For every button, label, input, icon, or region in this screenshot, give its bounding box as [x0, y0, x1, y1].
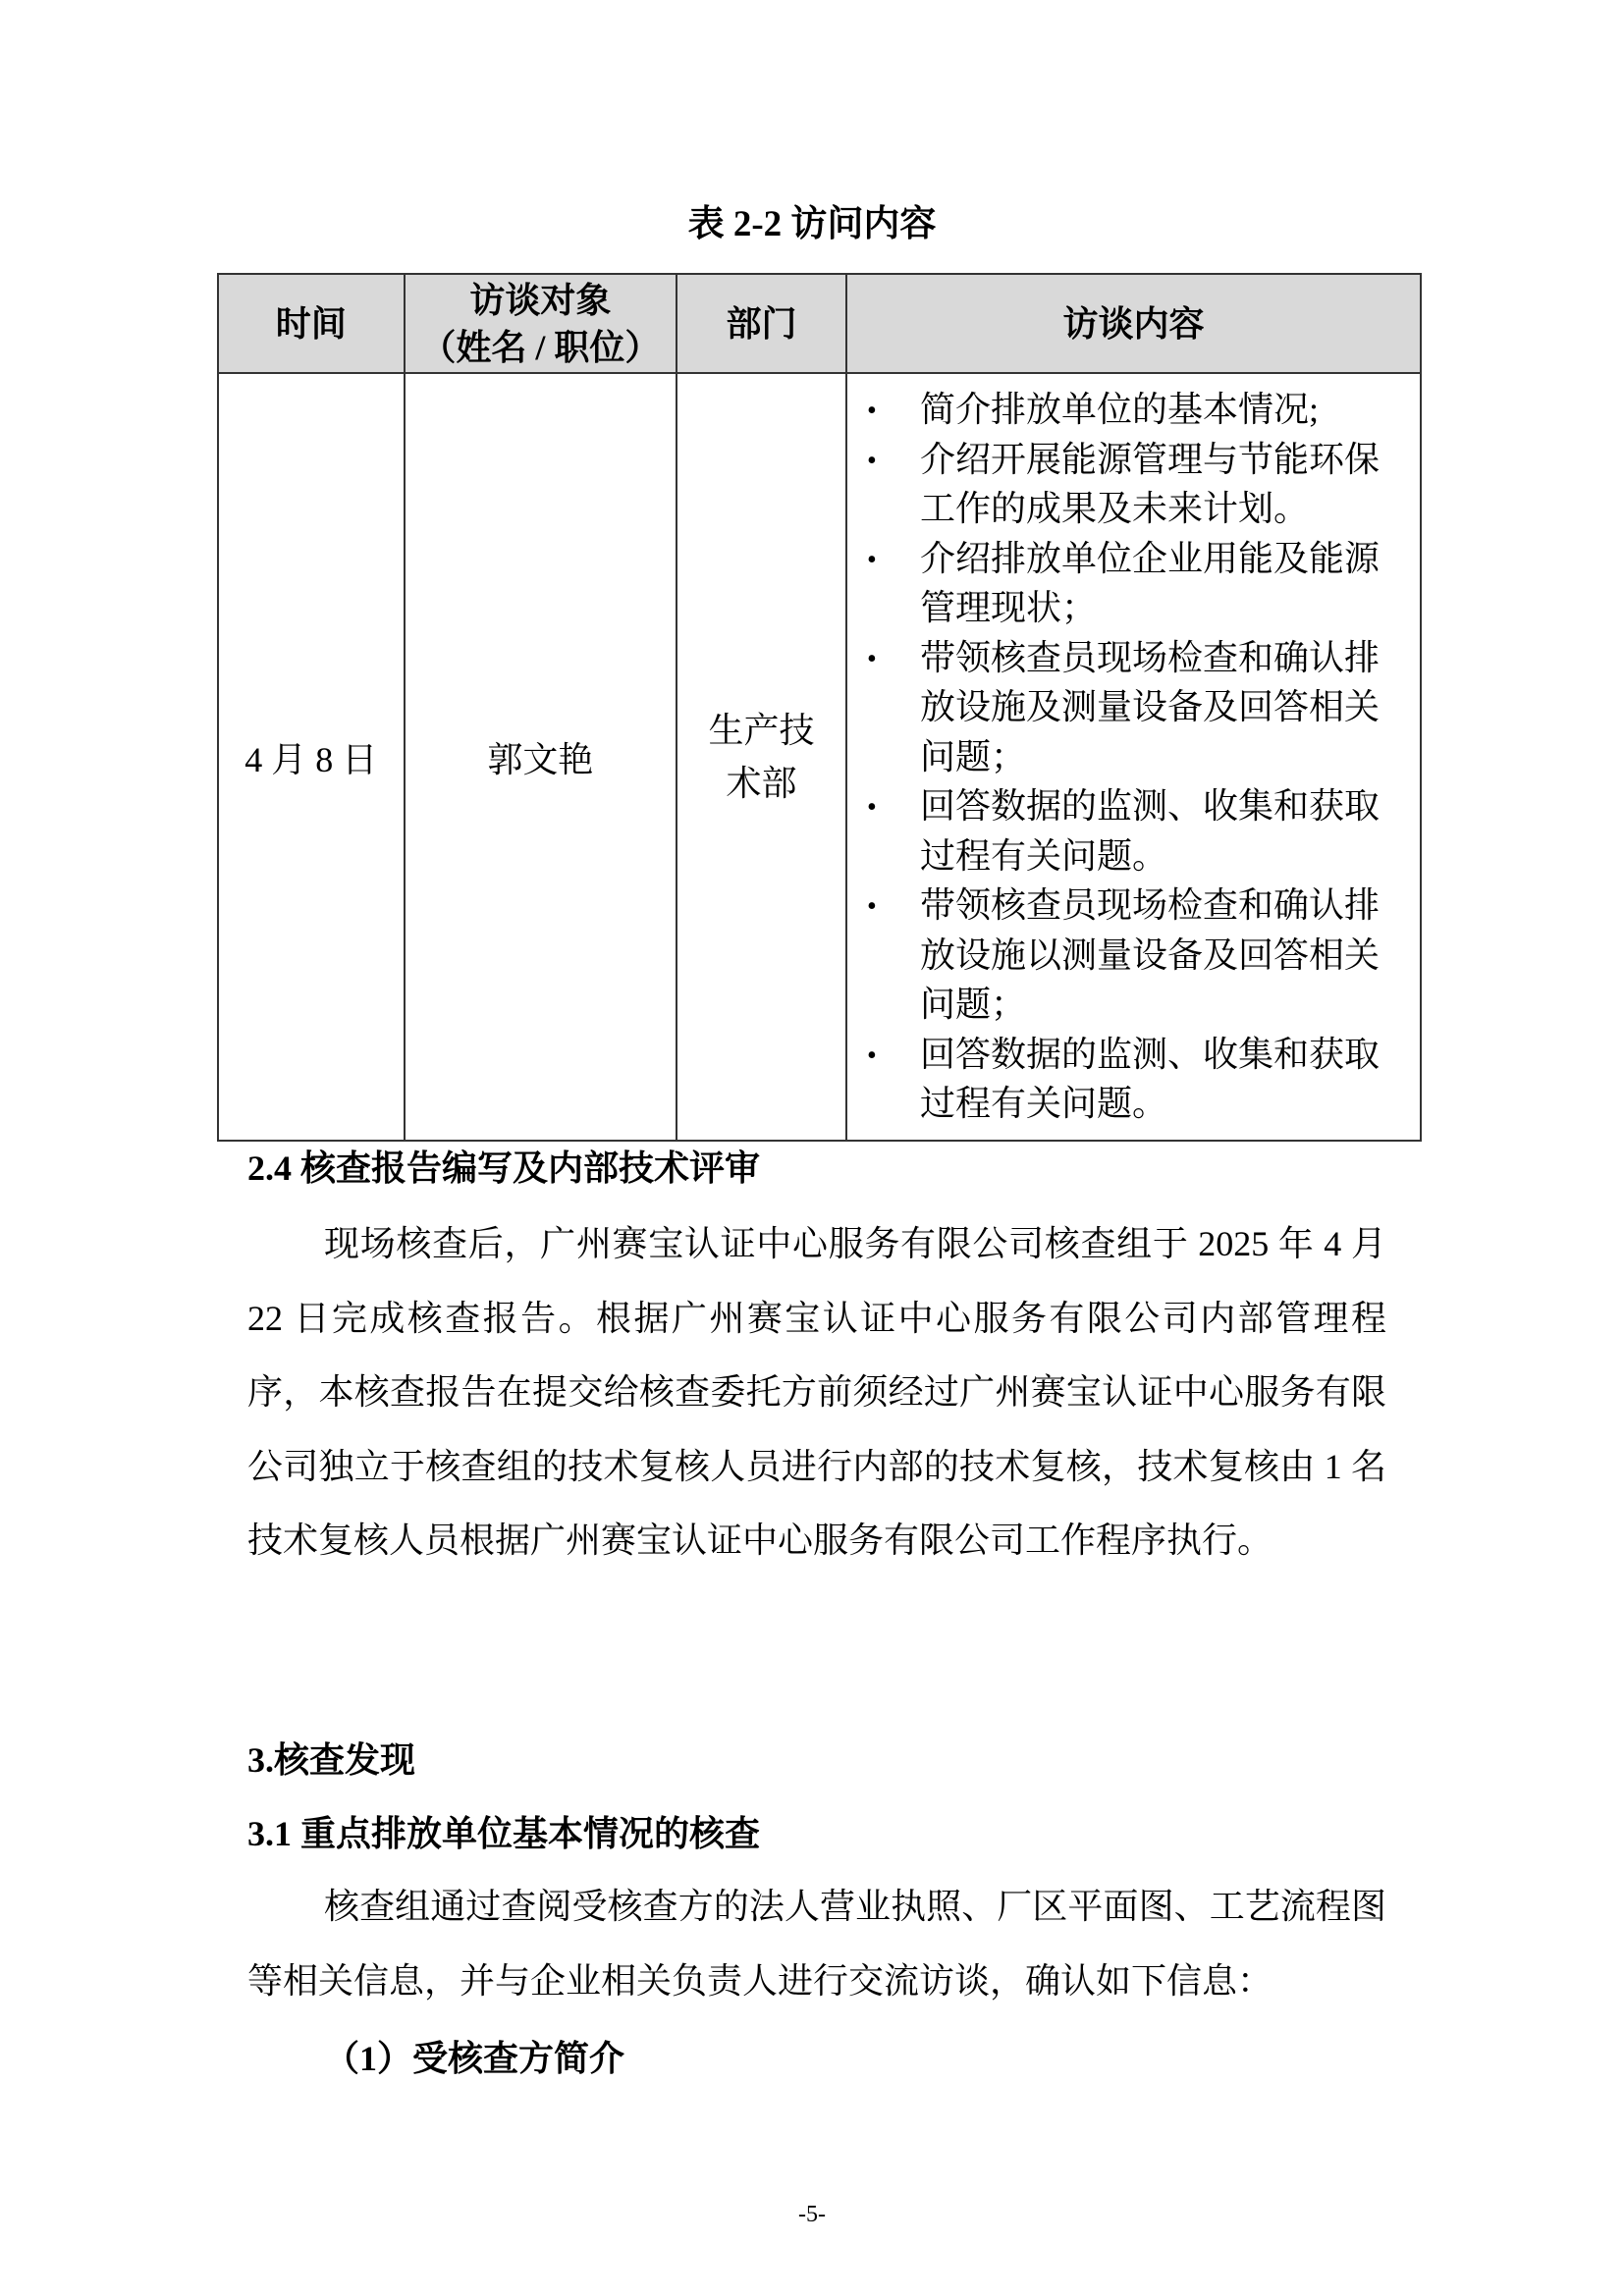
section-3-1-paragraph: 核查组通过查阅受核查方的法人营业执照、厂区平面图、工艺流程图等相关信息，并与企业…: [247, 1870, 1386, 2018]
section-3-heading: 3.核查发现: [247, 1736, 415, 1784]
header-time: 时间: [218, 274, 405, 373]
cell-time: 4 月 8 日: [218, 373, 405, 1141]
list-item: 回答数据的监测、收集和获取过程有关问题。: [859, 781, 1412, 881]
header-interviewee-line2: （姓名 / 职位）: [406, 324, 677, 371]
list-item: 带领核查员现场检查和确认排放设施及测量设备及回答相关问题；: [859, 633, 1412, 782]
header-content: 访谈内容: [846, 274, 1421, 373]
list-item: 简介排放单位的基本情况;: [859, 385, 1412, 435]
list-item: 介绍排放单位企业用能及能源管理现状；: [859, 534, 1412, 633]
table-row: 4 月 8 日 郭文艳 生产技术部 简介排放单位的基本情况; 介绍开展能源管理与…: [218, 373, 1421, 1141]
cell-department: 生产技术部: [677, 373, 846, 1141]
interview-table: 时间 访谈对象 （姓名 / 职位） 部门 访谈内容 4 月 8 日 郭文艳 生产…: [217, 273, 1422, 1142]
list-item: 介绍开展能源管理与节能环保工作的成果及未来计划。: [859, 435, 1412, 534]
table-header-row: 时间 访谈对象 （姓名 / 职位） 部门 访谈内容: [218, 274, 1421, 373]
header-interviewee: 访谈对象 （姓名 / 职位）: [405, 274, 677, 373]
cell-interviewee: 郭文艳: [405, 373, 677, 1141]
section-3-1-heading: 3.1 重点排放单位基本情况的核查: [247, 1810, 760, 1857]
item-1-heading: （1）受核查方简介: [324, 2035, 624, 2082]
table-title: 表 2-2 访问内容: [0, 201, 1624, 248]
header-department: 部门: [677, 274, 846, 373]
cell-content: 简介排放单位的基本情况; 介绍开展能源管理与节能环保工作的成果及未来计划。 介绍…: [846, 373, 1421, 1141]
list-item: 带领核查员现场检查和确认排放设施以测量设备及回答相关问题；: [859, 881, 1412, 1030]
section-2-4-heading: 2.4 核查报告编写及内部技术评审: [247, 1145, 760, 1192]
section-2-4-paragraph: 现场核查后，广州赛宝认证中心服务有限公司核查组于 2025 年 4 月 22 日…: [247, 1207, 1386, 1578]
department-text: 生产技术部: [703, 704, 821, 810]
header-interviewee-line1: 访谈对象: [406, 277, 677, 324]
content-list: 简介排放单位的基本情况; 介绍开展能源管理与节能环保工作的成果及未来计划。 介绍…: [859, 385, 1412, 1129]
page-number: -5-: [0, 2202, 1624, 2228]
list-item: 回答数据的监测、收集和获取过程有关问题。: [859, 1030, 1412, 1129]
